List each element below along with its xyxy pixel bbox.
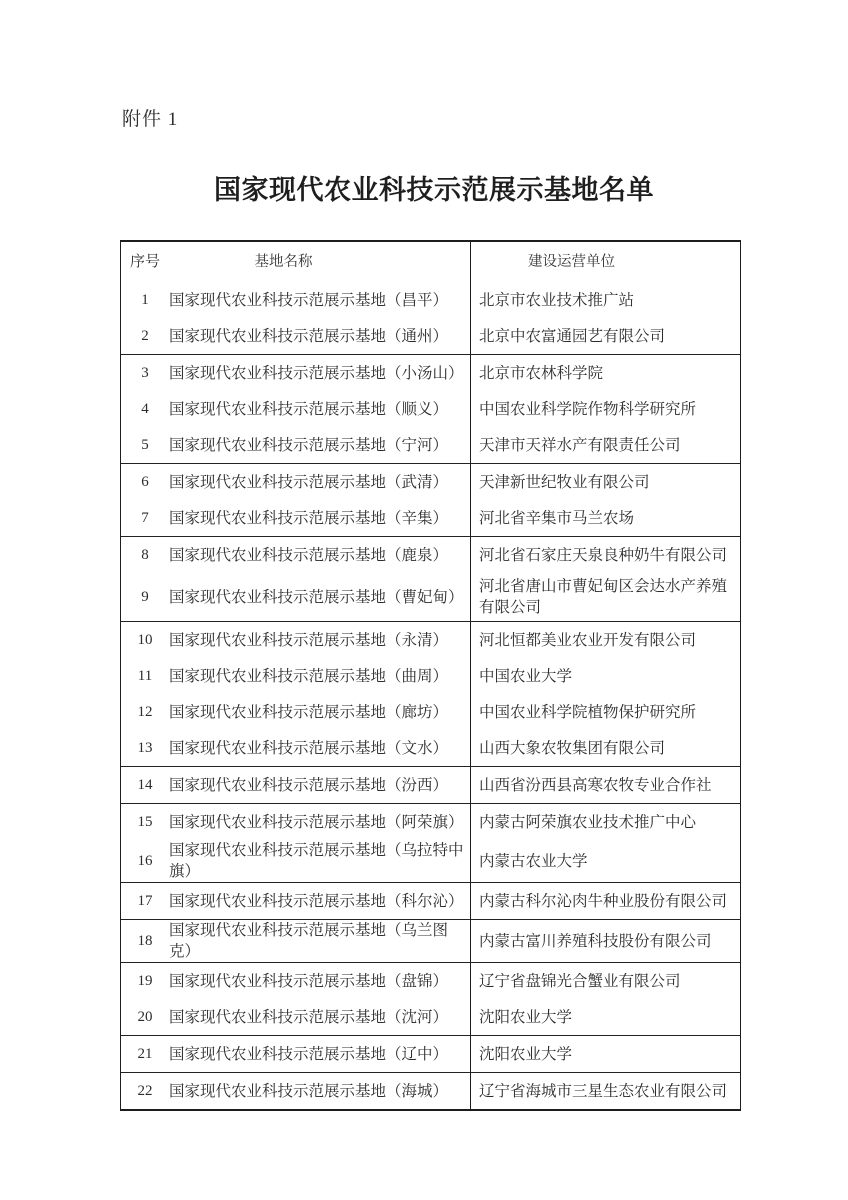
base-name: 国家现代农业科技示范展示基地（沈河） <box>169 1007 470 1028</box>
base-name: 国家现代农业科技示范展示基地（武清） <box>169 472 470 493</box>
operator-name: 北京中农富通园艺有限公司 <box>470 318 740 354</box>
operator-name: 天津市天祥水产有限责任公司 <box>470 427 740 463</box>
base-name: 国家现代农业科技示范展示基地（小汤山） <box>169 363 470 384</box>
table-row: 15 国家现代农业科技示范展示基地（阿荣旗） 内蒙古阿荣旗农业技术推广中心 <box>121 804 740 840</box>
operator-name: 河北省石家庄天泉良种奶牛有限公司 <box>470 537 740 573</box>
table-row: 20 国家现代农业科技示范展示基地（沈河） 沈阳农业大学 <box>121 999 740 1036</box>
table-row: 22 国家现代农业科技示范展示基地（海城） 辽宁省海城市三星生态农业有限公司 <box>121 1073 740 1109</box>
operator-name: 内蒙古阿荣旗农业技术推广中心 <box>470 804 740 840</box>
page-title: 国家现代农业科技示范展示基地名单 <box>110 168 758 207</box>
row-index: 21 <box>121 1044 169 1065</box>
table-row: 6 国家现代农业科技示范展示基地（武清） 天津新世纪牧业有限公司 <box>121 464 740 500</box>
operator-name: 中国农业科学院作物科学研究所 <box>470 391 740 427</box>
base-name: 国家现代农业科技示范展示基地（乌兰图克） <box>169 920 470 962</box>
row-index: 18 <box>121 931 169 952</box>
table-row: 3 国家现代农业科技示范展示基地（小汤山） 北京市农林科学院 <box>121 355 740 391</box>
operator-name: 北京市农业技术推广站 <box>470 282 740 318</box>
table-row: 13 国家现代农业科技示范展示基地（文水） 山西大象农牧集团有限公司 <box>121 730 740 767</box>
table-row: 5 国家现代农业科技示范展示基地（宁河） 天津市天祥水产有限责任公司 <box>121 427 740 464</box>
table-row: 4 国家现代农业科技示范展示基地（顺义） 中国农业科学院作物科学研究所 <box>121 391 740 427</box>
operator-name: 山西大象农牧集团有限公司 <box>470 730 740 766</box>
operator-name: 内蒙古农业大学 <box>470 840 740 882</box>
operator-name: 河北省唐山市曹妃甸区会达水产养殖有限公司 <box>470 573 740 621</box>
row-index: 22 <box>121 1081 169 1102</box>
row-index: 8 <box>121 545 169 566</box>
operator-name: 北京市农林科学院 <box>470 355 740 391</box>
row-index: 3 <box>121 363 169 384</box>
row-index: 10 <box>121 630 169 651</box>
row-index: 19 <box>121 971 169 992</box>
operator-name: 内蒙古富川养殖科技股份有限公司 <box>470 920 740 962</box>
row-index: 6 <box>121 472 169 493</box>
table-row: 7 国家现代农业科技示范展示基地（辛集） 河北省辛集市马兰农场 <box>121 500 740 537</box>
row-index: 9 <box>121 587 169 608</box>
base-name: 国家现代农业科技示范展示基地（汾西） <box>169 775 470 796</box>
table-row: 12 国家现代农业科技示范展示基地（廊坊） 中国农业科学院植物保护研究所 <box>121 694 740 730</box>
table-row: 16 国家现代农业科技示范展示基地（乌拉特中旗） 内蒙古农业大学 <box>121 840 740 883</box>
base-name: 国家现代农业科技示范展示基地（鹿泉） <box>169 545 470 566</box>
row-index: 16 <box>121 851 169 872</box>
table-header-row: 序号 基地名称 建设运营单位 <box>121 242 740 282</box>
column-header-operator: 建设运营单位 <box>470 242 740 282</box>
table-row: 1 国家现代农业科技示范展示基地（昌平） 北京市农业技术推广站 <box>121 282 740 318</box>
base-name: 国家现代农业科技示范展示基地（科尔沁） <box>169 891 470 912</box>
operator-name: 中国农业大学 <box>470 658 740 694</box>
row-index: 20 <box>121 1007 169 1028</box>
operator-name: 中国农业科学院植物保护研究所 <box>470 694 740 730</box>
base-list-table: 序号 基地名称 建设运营单位 1 国家现代农业科技示范展示基地（昌平） 北京市农… <box>120 240 741 1111</box>
row-index: 12 <box>121 702 169 723</box>
row-index: 15 <box>121 812 169 833</box>
operator-name: 河北恒都美业农业开发有限公司 <box>470 622 740 658</box>
base-name: 国家现代农业科技示范展示基地（辛集） <box>169 508 470 529</box>
operator-name: 河北省辛集市马兰农场 <box>470 500 740 536</box>
table-row: 21 国家现代农业科技示范展示基地（辽中） 沈阳农业大学 <box>121 1036 740 1073</box>
base-name: 国家现代农业科技示范展示基地（昌平） <box>169 290 470 311</box>
table-row: 14 国家现代农业科技示范展示基地（汾西） 山西省汾西县高寒农牧专业合作社 <box>121 767 740 804</box>
operator-name: 沈阳农业大学 <box>470 1036 740 1072</box>
table-row: 17 国家现代农业科技示范展示基地（科尔沁） 内蒙古科尔沁肉牛种业股份有限公司 <box>121 883 740 920</box>
row-index: 4 <box>121 399 169 420</box>
base-name: 国家现代农业科技示范展示基地（顺义） <box>169 399 470 420</box>
base-name: 国家现代农业科技示范展示基地（永清） <box>169 630 470 651</box>
base-name: 国家现代农业科技示范展示基地（曲周） <box>169 666 470 687</box>
column-header-index: 序号 <box>121 252 169 273</box>
row-index: 2 <box>121 326 169 347</box>
operator-name: 山西省汾西县高寒农牧专业合作社 <box>470 767 740 803</box>
table-body: 1 国家现代农业科技示范展示基地（昌平） 北京市农业技术推广站 2 国家现代农业… <box>121 282 740 1109</box>
column-header-name: 基地名称 <box>169 252 470 273</box>
table-row: 18 国家现代农业科技示范展示基地（乌兰图克） 内蒙古富川养殖科技股份有限公司 <box>121 920 740 963</box>
base-name: 国家现代农业科技示范展示基地（盘锦） <box>169 971 470 992</box>
table-row: 19 国家现代农业科技示范展示基地（盘锦） 辽宁省盘锦光合蟹业有限公司 <box>121 963 740 999</box>
row-index: 7 <box>121 508 169 529</box>
operator-name: 天津新世纪牧业有限公司 <box>470 464 740 500</box>
table-row: 8 国家现代农业科技示范展示基地（鹿泉） 河北省石家庄天泉良种奶牛有限公司 <box>121 537 740 573</box>
table-row: 9 国家现代农业科技示范展示基地（曹妃甸） 河北省唐山市曹妃甸区会达水产养殖有限… <box>121 573 740 622</box>
row-index: 5 <box>121 435 169 456</box>
operator-name: 内蒙古科尔沁肉牛种业股份有限公司 <box>470 883 740 919</box>
base-name: 国家现代农业科技示范展示基地（辽中） <box>169 1044 470 1065</box>
table-row: 11 国家现代农业科技示范展示基地（曲周） 中国农业大学 <box>121 658 740 694</box>
row-index: 14 <box>121 775 169 796</box>
row-index: 17 <box>121 891 169 912</box>
row-index: 1 <box>121 290 169 311</box>
base-name: 国家现代农业科技示范展示基地（乌拉特中旗） <box>169 840 470 882</box>
operator-name: 辽宁省盘锦光合蟹业有限公司 <box>470 963 740 999</box>
document-page: 附件 1 国家现代农业科技示范展示基地名单 序号 基地名称 建设运营单位 1 国… <box>0 0 848 1200</box>
base-name: 国家现代农业科技示范展示基地（宁河） <box>169 435 470 456</box>
base-name: 国家现代农业科技示范展示基地（文水） <box>169 738 470 759</box>
operator-name: 沈阳农业大学 <box>470 999 740 1035</box>
attachment-label: 附件 1 <box>122 104 178 131</box>
base-name: 国家现代农业科技示范展示基地（通州） <box>169 326 470 347</box>
base-name: 国家现代农业科技示范展示基地（阿荣旗） <box>169 812 470 833</box>
row-index: 13 <box>121 738 169 759</box>
base-name: 国家现代农业科技示范展示基地（廊坊） <box>169 702 470 723</box>
base-name: 国家现代农业科技示范展示基地（曹妃甸） <box>169 587 470 608</box>
operator-name: 辽宁省海城市三星生态农业有限公司 <box>470 1073 740 1109</box>
table-row: 2 国家现代农业科技示范展示基地（通州） 北京中农富通园艺有限公司 <box>121 318 740 355</box>
base-name: 国家现代农业科技示范展示基地（海城） <box>169 1081 470 1102</box>
row-index: 11 <box>121 666 169 687</box>
table-row: 10 国家现代农业科技示范展示基地（永清） 河北恒都美业农业开发有限公司 <box>121 622 740 658</box>
